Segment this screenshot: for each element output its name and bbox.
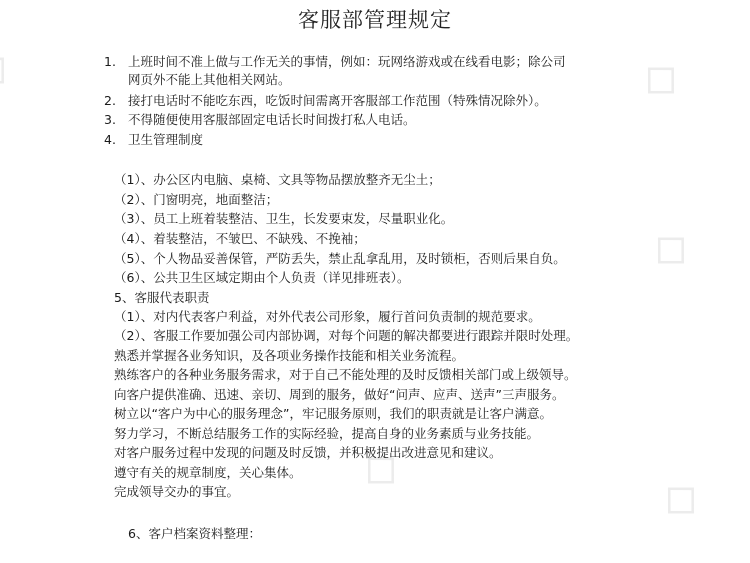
hygiene-item: （6）、公共卫生区域定期由个人负责（详见排班表）。: [114, 270, 409, 286]
item-number: 1.: [104, 54, 128, 70]
numbered-item-3: 3.不得随便使用客服部固定电话长时间拨打私人电话。: [104, 112, 416, 128]
item-text: 卫生管理制度: [128, 132, 203, 147]
numbered-item-4: 4.卫生管理制度: [104, 132, 203, 148]
numbered-item-1: 1.上班时间不准上做与工作无关的事情，例如：玩网络游戏或在线看电影；除公司: [104, 54, 566, 70]
numbered-item-1-cont: 网页外不能上其他相关网站。: [128, 72, 291, 88]
item-number: 2.: [104, 93, 128, 109]
item-text: 网页外不能上其他相关网站。: [128, 72, 291, 87]
item-text: 不得随便使用客服部固定电话长时间拨打私人电话。: [128, 112, 416, 127]
section-5-heading: 5、客服代表职责: [114, 290, 209, 306]
hygiene-item: （5）、个人物品妥善保管，严防丢失，禁止乱拿乱用，及时锁柜，否则后果自负。: [114, 251, 566, 267]
section-5-item: 向客户提供准确、迅速、亲切、周到的服务，做好“问声、应声、送声”三声服务。: [114, 387, 564, 403]
section-5-item: 熟练客户的各种业务服务需求，对于自己不能处理的及时反馈相关部门或上级领导。: [114, 367, 577, 383]
watermark: ◇: [636, 215, 702, 281]
section-5-item: 完成领导交办的事宜。: [114, 484, 239, 500]
watermark: ◇: [0, 35, 21, 101]
item-text: 上班时间不准上做与工作无关的事情，例如：玩网络游戏或在线看电影；除公司: [128, 54, 566, 69]
section-6-heading: 6、客户档案资料整理：: [128, 526, 261, 542]
section-5-item: 对客户服务过程中发现的问题及时反馈，并积极提出改进意见和建议。: [114, 445, 502, 461]
section-5-item: 遵守有关的规章制度，关心集体。: [114, 465, 302, 481]
section-5-item: （2）、客服工作要加强公司内部协调，对每个问题的解决都要进行跟踪并限时处理。: [114, 328, 578, 344]
watermark: ◇: [646, 465, 712, 531]
document-title: 客服部管理规定: [0, 4, 750, 34]
numbered-item-2: 2.接打电话时不能吃东西，吃饭时间需离开客服部工作范围（特殊情况除外）。: [104, 93, 547, 109]
watermark: ◇: [626, 45, 692, 111]
item-text: 接打电话时不能吃东西，吃饭时间需离开客服部工作范围（特殊情况除外）。: [128, 93, 547, 108]
hygiene-item: （3）、员工上班着装整洁、卫生，长发要束发，尽量职业化。: [114, 211, 453, 227]
section-5-item: 熟悉并掌握各业务知识，及各项业务操作技能和相关业务流程。: [114, 348, 464, 364]
item-number: 3.: [104, 112, 128, 128]
hygiene-item: （1）、办公区内电脑、桌椅、文具等物品摆放整齐无尘土；: [114, 172, 441, 188]
section-5-item: 树立以“客户为中心的服务理念”，牢记服务原则，我们的职责就是让客户满意。: [114, 406, 552, 422]
hygiene-item: （4）、着装整洁，不皱巴、不缺残、不挽袖；: [114, 231, 366, 247]
hygiene-item: （2）、门窗明亮，地面整洁；: [114, 192, 278, 208]
section-5-item: （1）、对内代表客户利益，对外代表公司形象，履行首问负责制的规范要求。: [114, 309, 541, 325]
item-number: 4.: [104, 132, 128, 148]
section-5-item: 努力学习，不断总结服务工作的实际经验，提高自身的业务素质与业务技能。: [114, 426, 539, 442]
